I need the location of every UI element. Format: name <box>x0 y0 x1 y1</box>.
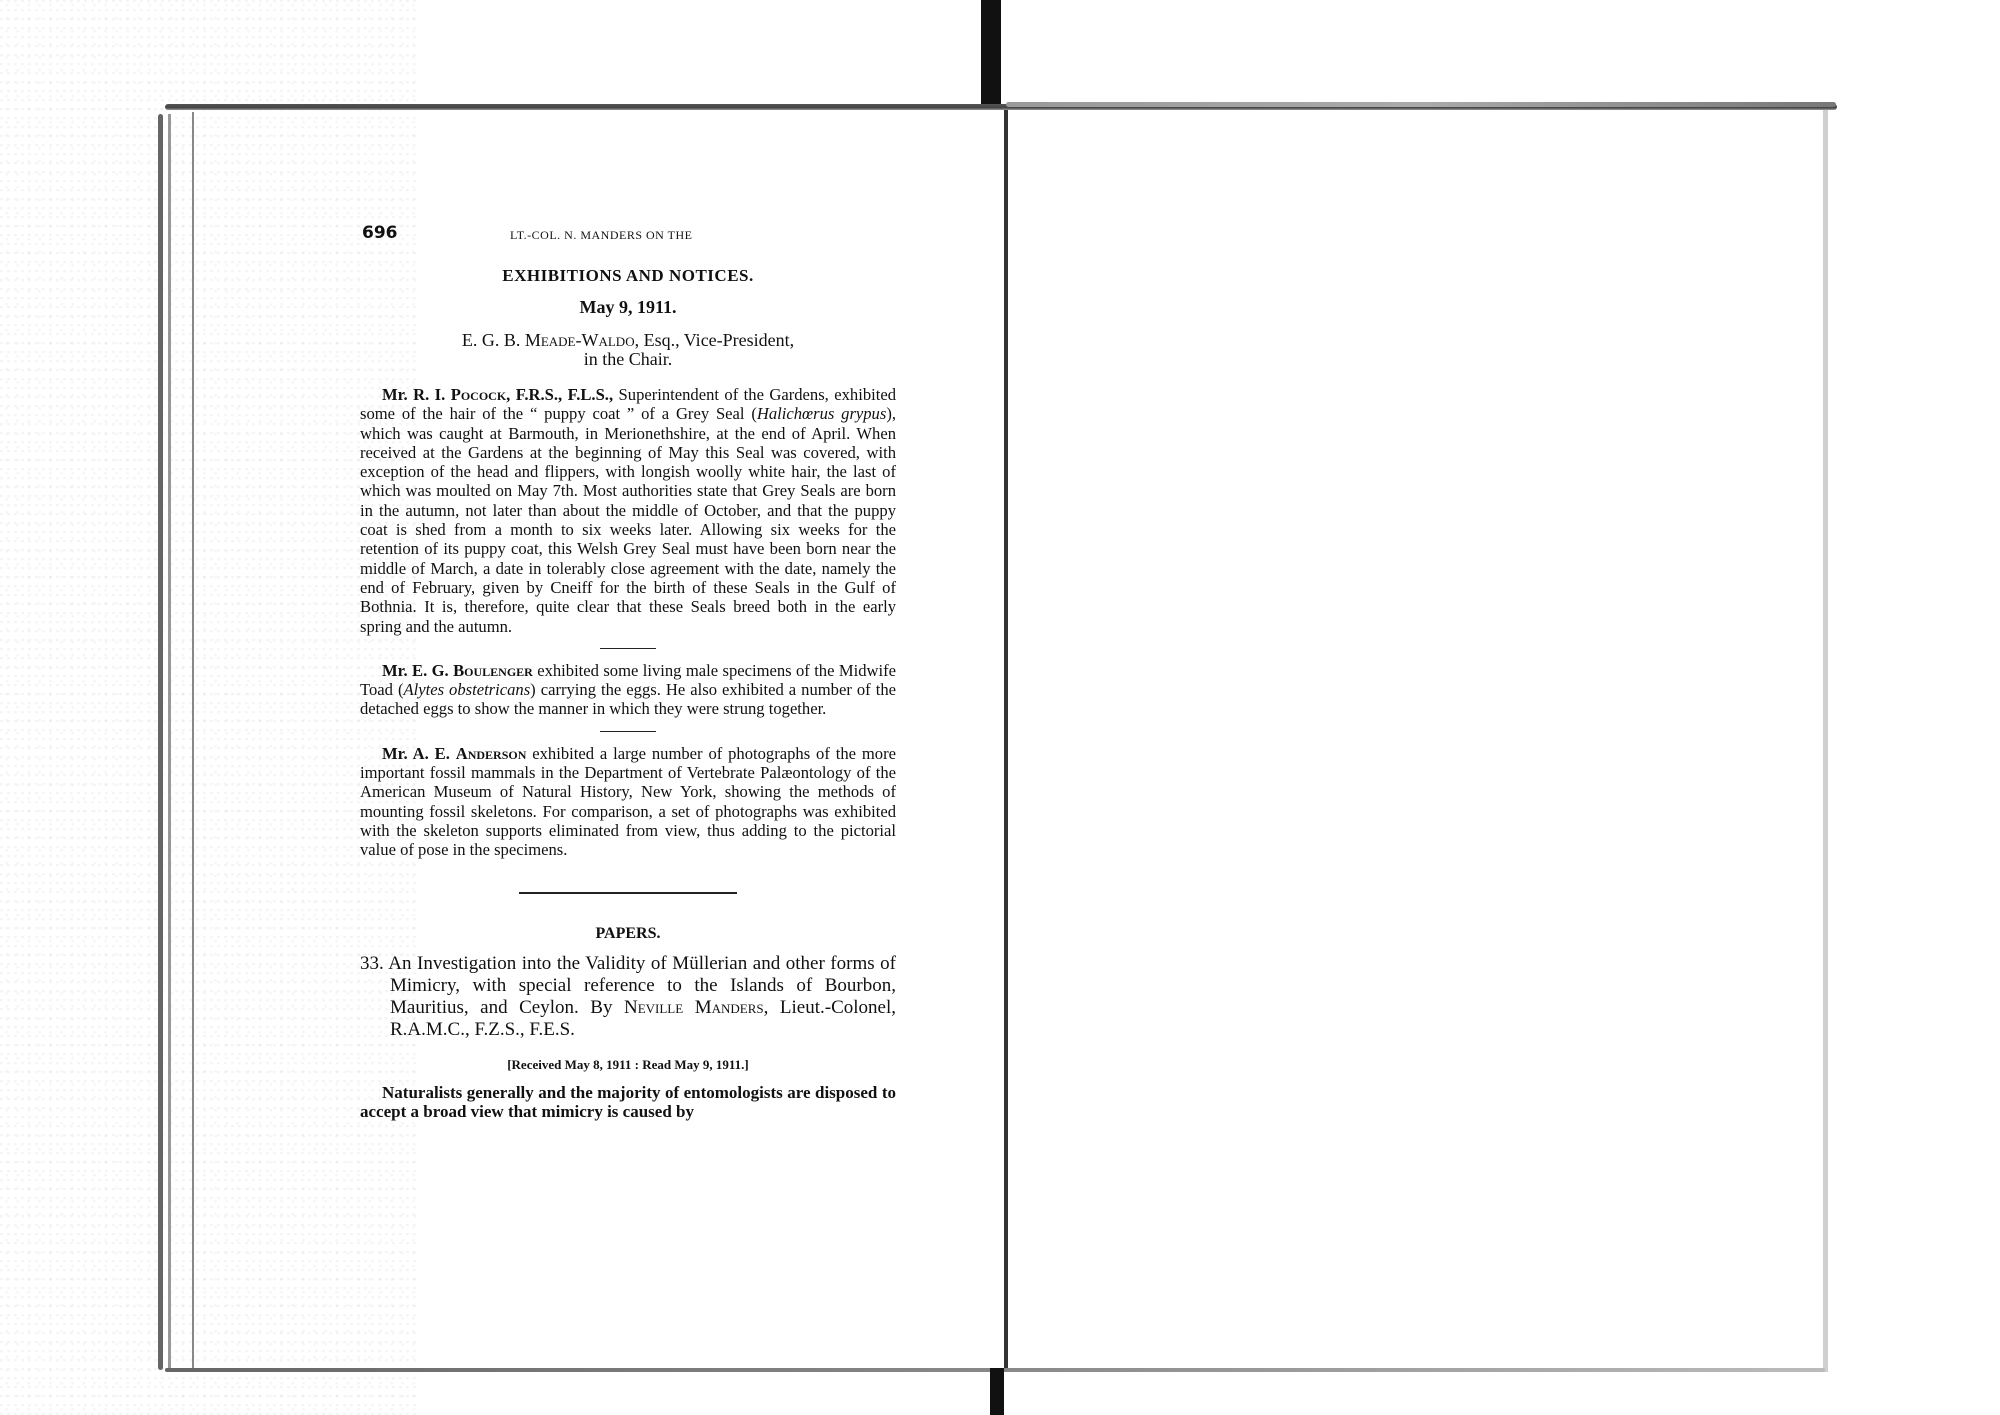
exhibit-text: ), which was caught at Barmouth, in Meri… <box>360 404 896 635</box>
exhibitor-name: Pocock <box>451 385 506 404</box>
book-spine-top <box>981 0 1001 110</box>
species-name: Halichœrus grypus <box>757 404 886 423</box>
section-divider <box>519 892 737 894</box>
exhibitor-lead: Mr. R. I. <box>382 385 451 404</box>
book-gutter <box>1004 110 1008 1368</box>
exhibit-boulenger: Mr. E. G. Boulenger exhibited some livin… <box>360 661 896 719</box>
papers-heading: PAPERS. <box>360 924 896 944</box>
chair-suffix: , Esq., Vice-President, <box>635 330 795 350</box>
exhibitor-name: Boulenger <box>453 661 533 680</box>
chair-prefix: E. G. B. <box>462 330 525 350</box>
book-top-edge-right <box>1006 102 1836 107</box>
book-right-edge <box>1823 110 1828 1372</box>
chair-name: Meade-Waldo <box>525 330 635 350</box>
paper-title: 33. An Investigation into the Validity o… <box>360 953 896 1041</box>
paper-author: Neville Manders <box>624 997 764 1018</box>
paper-opening: Naturalists generally and the majority o… <box>360 1083 896 1122</box>
meeting-date: May 9, 1911. <box>360 298 896 318</box>
exhibit-pocock: Mr. R. I. Pocock, F.R.S., F.L.S., Superi… <box>360 385 896 636</box>
exhibitor-titles: , F.R.S., F.L.S., <box>506 385 613 404</box>
running-head: 696 LT.-COL. N. MANDERS ON THE <box>360 224 896 248</box>
received-note: [Received May 8, 1911 : Read May 9, 1911… <box>360 1055 896 1075</box>
exhibit-anderson: Mr. A. E. Anderson exhibited a large num… <box>360 744 896 860</box>
exhibitor-name: Anderson <box>456 744 527 763</box>
scan-noise <box>0 0 420 1415</box>
species-name: Alytes obstetricans <box>403 680 530 699</box>
divider <box>600 648 656 649</box>
page-number: 696 <box>362 224 398 244</box>
exhibitor-lead: Mr. A. E. <box>382 744 456 763</box>
section-heading: EXHIBITIONS AND NOTICES. <box>360 266 896 286</box>
running-title: LT.-COL. N. MANDERS ON THE <box>510 226 692 246</box>
book-left-edge <box>158 114 163 1370</box>
book-spine-bottom <box>990 1368 1004 1415</box>
left-page: 696 LT.-COL. N. MANDERS ON THE EXHIBITIO… <box>360 224 896 1139</box>
page-left-margin-line <box>192 112 194 1368</box>
chair-line2: in the Chair. <box>584 349 673 369</box>
chair-line: E. G. B. Meade-Waldo, Esq., Vice-Preside… <box>360 331 896 369</box>
divider <box>600 731 656 732</box>
exhibitor-lead: Mr. E. G. <box>382 661 453 680</box>
book-left-edge-inner <box>168 114 171 1370</box>
